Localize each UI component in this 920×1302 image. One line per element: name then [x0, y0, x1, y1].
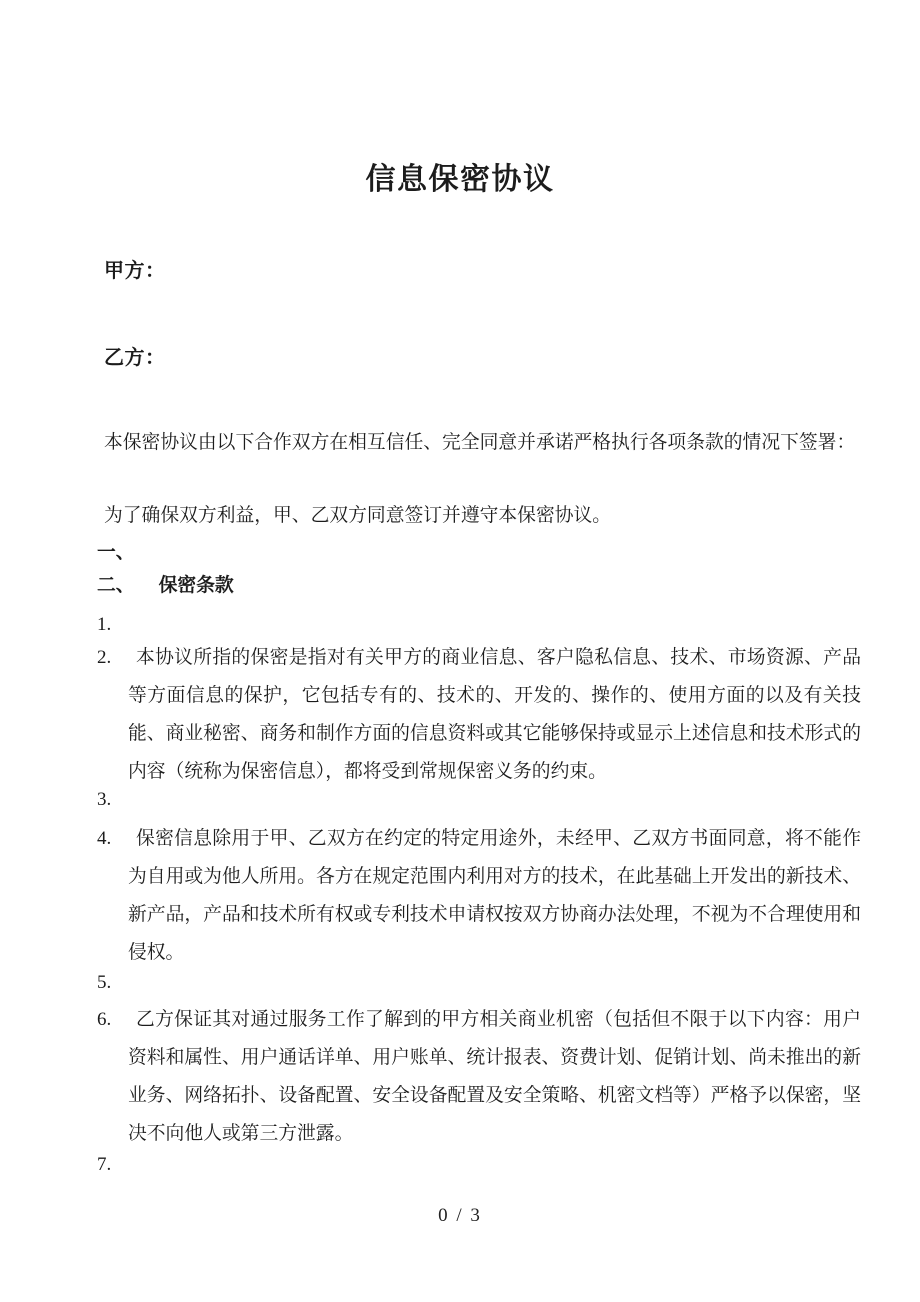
clause-6-text: 乙方保证其对通过服务工作了解到的甲方相关商业机密（包括但不限于以下内容：用户资料… [128, 1001, 861, 1153]
section-heading-confidentiality-terms: 二、保密条款 [97, 567, 860, 605]
clause-2-text: 本协议所指的保密是指对有关甲方的商业信息、客户隐私信息、技术、市场资源、产品等方… [128, 639, 861, 791]
page-number-indicator: 0 / 3 [0, 1203, 920, 1229]
clause-2-number: 2. [97, 639, 111, 677]
clause-6-number: 6. [97, 1001, 111, 1039]
document-page: 信息保密协议 甲方： 乙方： 本保密协议由以下合作双方在相互信任、完全同意并承诺… [0, 0, 920, 1302]
clause-item-4: 4. 保密信息除用于甲、乙双方在约定的特定用途外，未经甲、乙双方书面同意，将不能… [0, 820, 920, 858]
section-two-title: 保密条款 [159, 575, 234, 596]
clause-4-number: 4. [97, 820, 111, 858]
clause-5-number: 5. [97, 964, 111, 1002]
party-b-label: 乙方： [104, 343, 166, 373]
section-one-marker: 一、 [97, 542, 135, 563]
clause-item-2: 2. 本协议所指的保密是指对有关甲方的商业信息、客户隐私信息、技术、市场资源、产… [0, 639, 920, 677]
section-two-marker: 二、 [97, 575, 135, 596]
clause-7-number: 7. [97, 1146, 111, 1184]
clause-3-number: 3. [97, 781, 111, 819]
intro-paragraph-signing: 本保密协议由以下合作双方在相互信任、完全同意并承诺严格执行各项条款的情况下签署： [104, 424, 860, 462]
clause-item-6: 6. 乙方保证其对通过服务工作了解到的甲方相关商业机密（包括但不限于以下内容：用… [0, 1001, 920, 1039]
clause-4-text: 保密信息除用于甲、乙双方在约定的特定用途外，未经甲、乙双方书面同意，将不能作为自… [128, 820, 861, 972]
intro-paragraph-purpose: 为了确保双方利益，甲、乙双方同意签订并遵守本保密协议。 [104, 497, 860, 535]
document-title: 信息保密协议 [0, 160, 920, 200]
clause-item-3: 3. [0, 781, 920, 819]
clause-item-7: 7. [0, 1146, 920, 1184]
clause-item-5: 5. [0, 964, 920, 1002]
party-a-label: 甲方： [104, 256, 166, 286]
